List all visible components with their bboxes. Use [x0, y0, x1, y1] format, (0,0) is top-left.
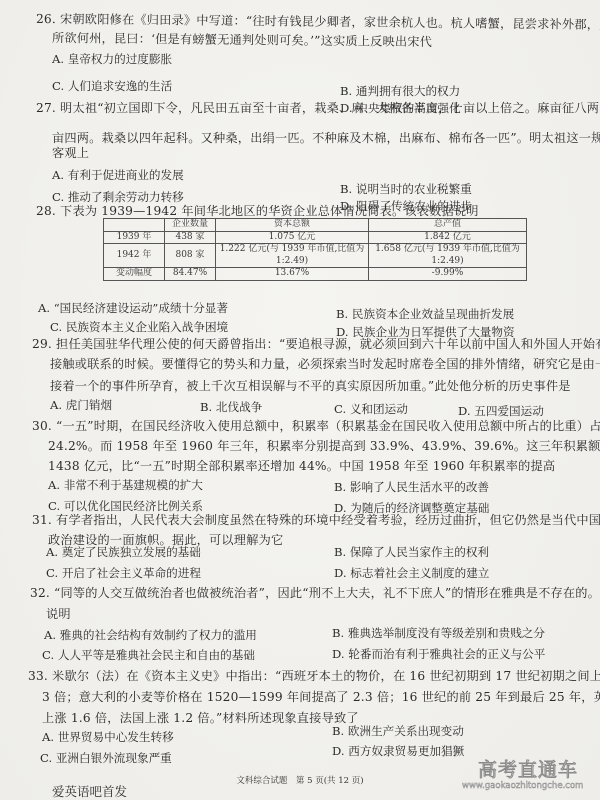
watermark-title: 高考直通车	[478, 760, 588, 780]
question-28-line-1: 28. 下表为 1939—1942 年间华北地区的华资企业总体情况简表。该表数据…	[36, 203, 479, 219]
table-cell: 438 家	[165, 231, 216, 244]
table-row: 1942 年 808 家 1.222 亿元(与 1939 年币值,比值为 1:2…	[104, 244, 527, 268]
question-31-option-b[interactable]: B. 保障了人民当家作主的权利	[334, 545, 489, 560]
question-30-line-3: 1438 亿元，比“一五”时期全部积累率还增加 44%。中国 1958 年至 1…	[48, 458, 555, 474]
table-cell: 13.67%	[216, 268, 369, 281]
table-cell: 1.222 亿元(与 1939 年币值,比值为 1:2.49)	[216, 244, 369, 268]
question-29-option-b[interactable]: B. 北伐战争	[200, 400, 262, 415]
question-31-line-1: 31. 有学者指出，人民代表大会制度虽然在特殊的环境中经受着考验，经历过曲折，但…	[32, 512, 600, 528]
question-29-option-d[interactable]: D. 五四爱国运动	[458, 404, 544, 419]
enterprise-data-table: 企业数量 资本总额 总产值 1939 年 438 家 1.075 亿元 1.84…	[103, 218, 527, 281]
question-33-option-c[interactable]: C. 亚洲白银外流现象严重	[40, 751, 172, 766]
question-26-option-c[interactable]: C. 人们追求安逸的生活	[52, 79, 172, 94]
table-cell: 1.075 亿元	[216, 231, 369, 244]
question-29-line-2: 接触或联系的时候。要懂得它的势头和力量，必须探索当时发起时席卷全国的排外情绪，研…	[50, 356, 600, 372]
question-30-line-1: 30. “一五”时期，在国民经济收入使用总额中，积累率（积累基金在国民收入使用总…	[32, 418, 600, 434]
table-cell: 84.47%	[165, 268, 216, 281]
question-29-line-1: 29. 担任美国驻华代理公使的何天爵曾指出：“要追根寻源，就必须回到六十年以前中…	[32, 336, 600, 352]
table-row: 变动幅度 84.47% 13.67% -9.99%	[104, 268, 527, 281]
table-header-cell: 企业数量	[165, 219, 216, 232]
question-33-option-d[interactable]: D. 西方奴隶贸易更加猖獗	[332, 744, 464, 759]
question-27-line-2: 亩四两。栽桑以四年起科。又种桑，出绢一匹。不种麻及木棉，出麻布、棉布各一匹”。明…	[52, 130, 600, 146]
question-28-option-b[interactable]: B. 民族资本企业效益呈现曲折发展	[336, 307, 514, 322]
question-29-option-c[interactable]: C. 义和团运动	[334, 402, 408, 417]
question-32-line-2: 说明	[46, 606, 71, 622]
question-33-option-b[interactable]: B. 欧洲生产关系出现变动	[332, 724, 464, 739]
question-31-option-c[interactable]: C. 开启了社会主义革命的进程	[46, 566, 201, 581]
question-33-option-a[interactable]: A. 世界贸易中心发生转移	[42, 730, 174, 745]
question-29-line-3: 接着一个的事件所孕育，被上千次互相误解与不平的真实原因所加重。”此处他分析的历史…	[50, 378, 571, 394]
question-26-line-2: 所欲何州，昆曰：‘但是有螃蟹无通判处则可矣。’”这实质上反映出宋代	[52, 30, 432, 50]
question-33-line-3: 上涨 1.6 倍，法国上涨 1.2 倍。”材料所述现象直接导致了	[42, 710, 359, 726]
table-header-cell	[104, 219, 165, 232]
question-31-option-d[interactable]: D. 标志着社会主义制度的建立	[334, 566, 489, 581]
table-header-cell: 总产值	[369, 219, 527, 232]
exam-page: 26. 宋朝欧阳修在《归田录》中写道：“往时有钱昆少卿者，家世余杭人也。杭人嗜蟹…	[0, 0, 600, 800]
question-27-option-a[interactable]: A. 有利于促进商业的发展	[52, 168, 184, 183]
table-cell: -9.99%	[369, 268, 527, 281]
question-29-option-a[interactable]: A. 虎门销烟	[50, 398, 112, 413]
first-publish-label: 爱英语吧首发	[52, 782, 127, 800]
question-27-line-3: 客观上	[52, 145, 89, 161]
question-32-option-b[interactable]: B. 雅典选举制度没有等级差别和贵贱之分	[332, 626, 545, 641]
watermark: 高考直通车 www.gaokaozhitongche.com	[478, 760, 588, 791]
question-26-option-b[interactable]: B. 通判拥有很大的权力	[340, 84, 460, 99]
question-32-option-c[interactable]: C. 人人平等是雅典社会民主和自由的基础	[42, 648, 255, 663]
question-32-option-d[interactable]: D. 轮番而治有利于雅典社会的正义与公平	[332, 647, 545, 662]
table-header-cell: 资本总额	[216, 219, 369, 232]
question-30-option-b[interactable]: B. 影响了人民生活水平的改善	[334, 480, 489, 495]
table-cell: 1942 年	[104, 244, 165, 268]
question-31-option-a[interactable]: A. 奠定了民族独立发展的基础	[46, 545, 201, 560]
watermark-url[interactable]: www.gaokaozhitongche.com	[462, 781, 588, 791]
table-row: 1939 年 438 家 1.075 亿元 1.842 亿元	[104, 231, 527, 244]
table-cell: 808 家	[165, 244, 216, 268]
question-32-option-a[interactable]: A. 雅典的社会结构有效制约了权力的滥用	[44, 628, 257, 643]
table-cell: 1.842 亿元	[369, 231, 527, 244]
question-30-line-2: 24.2%。而 1958 年至 1960 年三年，积累率分别提高到 33.9%、…	[48, 438, 600, 454]
question-28-option-a[interactable]: A. “国民经济建设运动”成绩十分显著	[38, 301, 228, 316]
question-27-option-b[interactable]: B. 说明当时的农业税繁重	[340, 182, 472, 197]
question-33-line-1: 33. 米歇尔（法）在《资本主义史》中指出：“西班牙本土的物价，在 16 世纪初…	[28, 668, 600, 684]
question-26-option-d[interactable]: D. 中央集权的高度强化	[340, 101, 461, 116]
question-33-line-2: 3 倍；意大利的小麦等价格在 1520—1599 年间提高了 2.3 倍；16 …	[42, 689, 600, 705]
question-26-option-a[interactable]: A. 皇帝权力的过度膨胀	[52, 52, 172, 67]
question-28-option-c[interactable]: C. 民族资本主义企业陷入战争困境	[50, 320, 228, 335]
question-30-option-a[interactable]: A. 非常不利于基建规模的扩大	[48, 478, 203, 493]
table-cell: 1939 年	[104, 231, 165, 244]
table-cell: 变动幅度	[104, 268, 165, 281]
table-cell: 1.658 亿元(与 1939 年币值,比值为 1:2.49)	[369, 244, 527, 268]
question-27-line-1: 27. 明太祖“初立国即下令，凡民田五亩至十亩者，栽桑、麻、大棉各半亩，十亩以上…	[36, 100, 600, 116]
table-header-row: 企业数量 资本总额 总产值	[104, 219, 527, 232]
question-32-line-1: 32. “同等的人交互做统治者也做被统治者”，因此“刑不上大夫，礼不下庶人”的情…	[30, 585, 600, 601]
